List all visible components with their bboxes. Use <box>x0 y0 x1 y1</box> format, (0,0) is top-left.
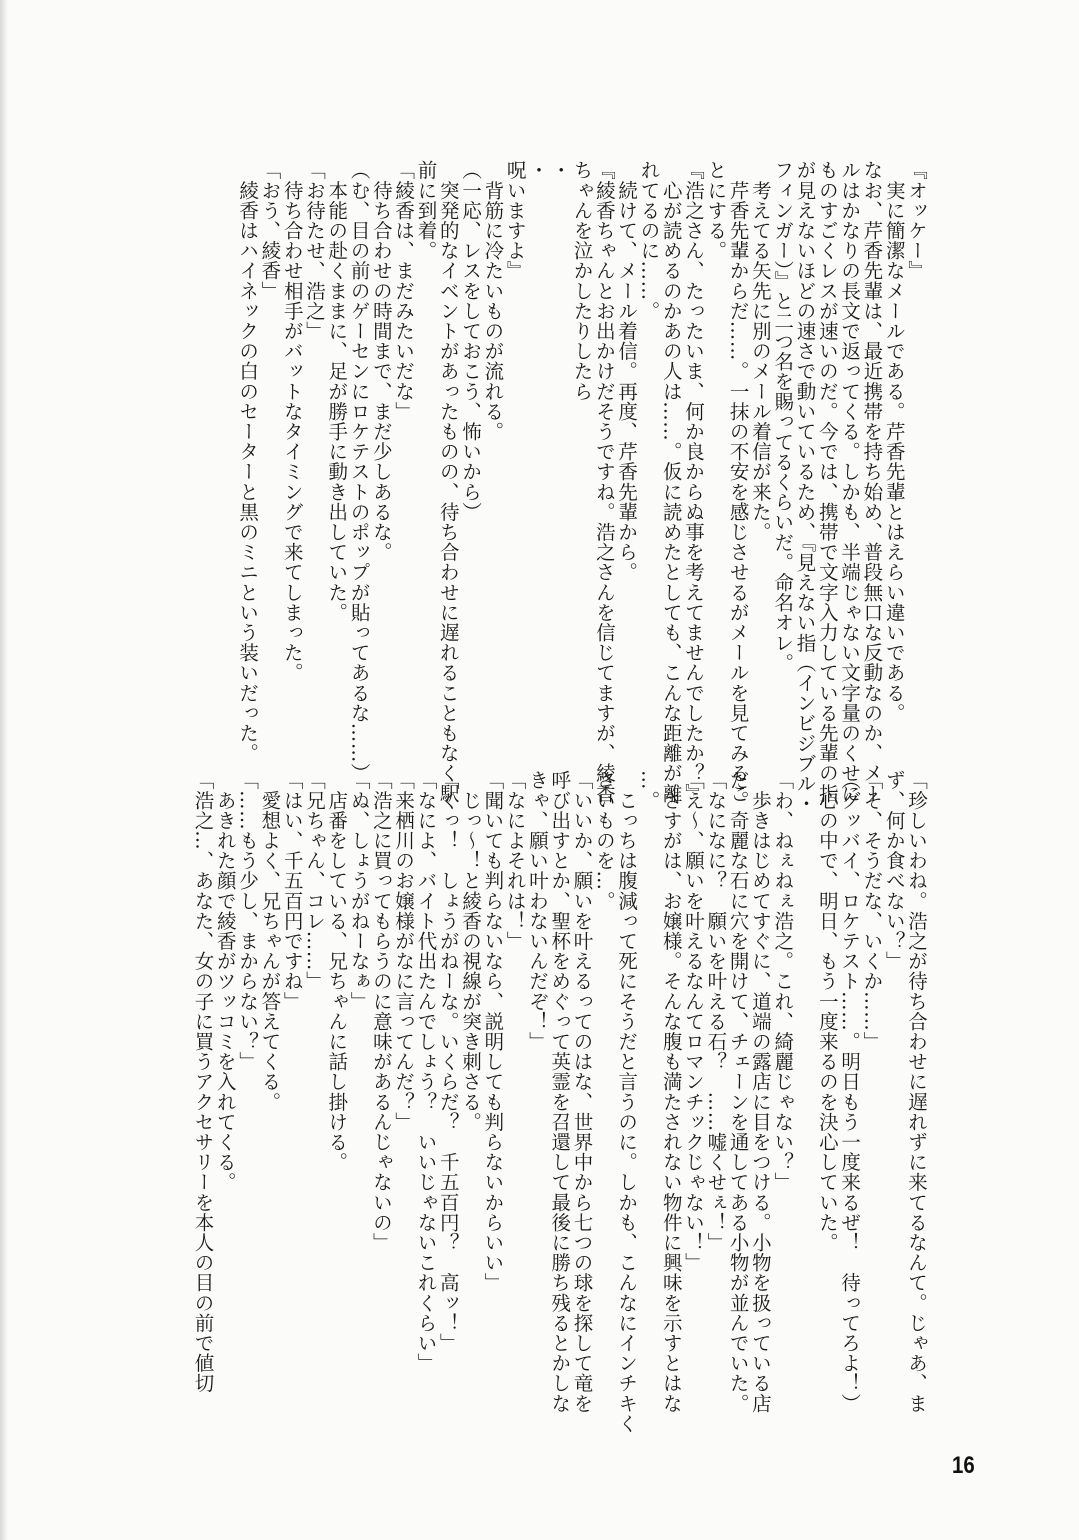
text-column: 考えてる矢先に別のメール着信が来た。 <box>749 160 771 720</box>
text-column: ものすごくレスが速いのだ。今では、携帯で文字入力している先輩の指 <box>816 160 838 720</box>
text-column: 背筋に冷たいものが流れる。 <box>481 160 503 720</box>
text-column: 綾香はハイネックの白のセーターと黒のミニという装いだった。 <box>236 160 258 720</box>
text-column: 『オッケー』 <box>905 160 927 720</box>
text-column: ルはかなりの長文で返ってくる。しかも、半端じゃない文字量のくせに <box>838 160 860 720</box>
text-column: 「兄ちゃん、コレ……」 <box>303 770 325 1350</box>
text-column: 「来栖川のお嬢様がなに言ってんだ？」 <box>392 770 414 1350</box>
text-column: 「珍しいわね。浩之が待ち合わせに遅れずに来てるなんて。じゃあ、ま <box>905 770 927 1350</box>
text-column: 「聞いても判らないなら、説明しても判らないからいい」 <box>481 770 503 1350</box>
text-column: 「おう、綾香」 <box>258 160 280 720</box>
text-column: 「え～、願いを叶えるなんてロマンチックじゃない！」 <box>682 770 704 1350</box>
text-column: 呼び出すとか、聖杯をめぐって英霊を召還して最後に勝ち残るとかしな <box>548 770 570 1350</box>
text-column: 本能の赴くままに、足が勝手に動き出していた。 <box>325 160 347 720</box>
text-column: 店番をしている、兄ちゃんに話し掛ける。 <box>325 770 347 1350</box>
text-column: だ。奇麗な石に穴を開けて、チェーンを通してある小物が並んでいた。 <box>726 770 748 1350</box>
text-column: 「はい、千五百円ですね」 <box>280 770 302 1350</box>
text-column: 「なによそれは！」 <box>503 770 525 1350</box>
text-column: きゃ、願い叶わないんだぞ！」 <box>526 770 548 1350</box>
text-column: …。 <box>637 770 659 1350</box>
text-column: 歩きはじめてすぐに、道端の露店に目をつける。小物を扱っている店 <box>749 770 771 1350</box>
text-column: こっちは腹減って死にそうだと言うのに。しかも、こんなにインチキく <box>615 770 637 1350</box>
text-column: 「浩之に買ってもらうのに意味があるんじゃないの」 <box>370 770 392 1350</box>
text-column: なお、芹香先輩は、最近携帯を持ち始め、普段無口な反動なのか、メー <box>860 160 882 720</box>
text-column <box>793 770 815 1350</box>
text-column: 「……もう少し、まからない？」 <box>236 770 258 1350</box>
text-column: 待ち合わせの時間まで、まだ少しあるな。 <box>370 160 392 720</box>
text-column: じっ～！と綾香の視線が突き刺さる。 <box>459 770 481 1350</box>
text-column: 芹香先輩からだ……。一抹の不安を感じさせるがメールを見てみるこ <box>726 160 748 720</box>
text-column: が見えないほどの速さで動いているため、『見えない指（インビジブル・ <box>793 160 815 720</box>
text-column: 「綾香は、まだみたいだな」 <box>392 160 414 720</box>
text-column: 待ち合わせ相手がバットなタイミングで来てしまった。 <box>280 160 302 720</box>
text-column: 「くっ！ しょうがねーな。いくらだ？ 千五百円？ 高ッ！」 <box>436 770 458 1350</box>
text-column: 続けて、メール着信。再度、芹香先輩から。 <box>615 160 637 720</box>
text-column: さいものを…。 <box>593 770 615 1350</box>
text-column: 実に簡潔なメールである。芹香先輩とはえらい違いである。 <box>882 160 904 720</box>
text-column: 心が読めるのかあの人は……。仮に読めたとしても、こんな距離が離 <box>659 160 681 720</box>
text-column: （一応、レスをしておこう、怖いから） <box>459 160 481 720</box>
text-column: 呪いますよ』 <box>503 160 525 720</box>
text-column: あきれた顔で綾香がツッコミを入れてくる。 <box>214 770 236 1350</box>
text-column: フィンガー）』と二つ名を賜ってるくらいだ。命名オレ。 <box>771 160 793 720</box>
text-column: れてるのに……。 <box>637 160 659 720</box>
text-column: 『浩之さん、たったいま、何か良からぬ事を考えてませんでしたか？』 <box>682 160 704 720</box>
text-column: 「いいか、願いを叶えるってのはな、世界中から七つの球を探して竜を <box>570 770 592 1350</box>
text-column: 「お待たせ、浩之」 <box>303 160 325 720</box>
text-column: （む、目の前のゲーセンにロケテストのポップが貼ってあるな……） <box>347 160 369 720</box>
text-column: とにする。 <box>704 160 726 720</box>
text-column: 『綾香ちゃんとお出かけだそうですね。浩之さんを信じてますが、綾香 <box>593 160 615 720</box>
page-number: 16 <box>952 1452 975 1480</box>
text-block-top: 『オッケー』 実に簡潔なメールである。芹香先輩とはえらい違いである。なお、芹香先… <box>236 160 927 720</box>
text-column: 「わ、ねぇねぇ浩之。これ、綺麗じゃない？」 <box>771 770 793 1350</box>
text-column: 突発的なイベントがあったものの、待ち合わせに遅れることもなく駅 <box>436 160 458 720</box>
text-column: 愛想よく、兄ちゃんが答えてくる。 <box>258 770 280 1350</box>
text-column: ・ <box>548 160 570 720</box>
text-column: 前に到着。 <box>414 160 436 720</box>
text-column: さすがは、お嬢様。そんな腹も満たされない物件に興味を示すとはな <box>659 770 681 1350</box>
text-column: （グッバイ、ロケテスト……。明日もう一度来るぜ！ 待ってろよ！） <box>838 770 860 1350</box>
text-block-bottom: 「珍しいわね。浩之が待ち合わせに遅れずに来てるなんて。じゃあ、まず、何か食べない… <box>191 770 927 1350</box>
text-column: 「そ、そうだな、いくか……」 <box>860 770 882 1350</box>
text-column: ・ <box>526 160 548 720</box>
text-column: 「なになに？ 願いを叶える石？ ……嘘くせぇ！」 <box>704 770 726 1350</box>
text-column: ちゃんを泣かしたりしたら <box>570 160 592 720</box>
text-column: 「なによ、バイト代出たんでしょう？ いいじゃないこれくらい」 <box>414 770 436 1350</box>
scan-edge <box>0 0 8 1540</box>
text-column: 「浩之…、あなた、女の子に買うアクセサリーを本人の目の前で値切 <box>191 770 213 1350</box>
text-column: 心の中で、明日、もう一度来るのを決心していた。 <box>816 770 838 1350</box>
text-column: 「ぬ、しょうがねーなぁ」 <box>347 770 369 1350</box>
text-column: ず、何か食べない？」 <box>882 770 904 1350</box>
